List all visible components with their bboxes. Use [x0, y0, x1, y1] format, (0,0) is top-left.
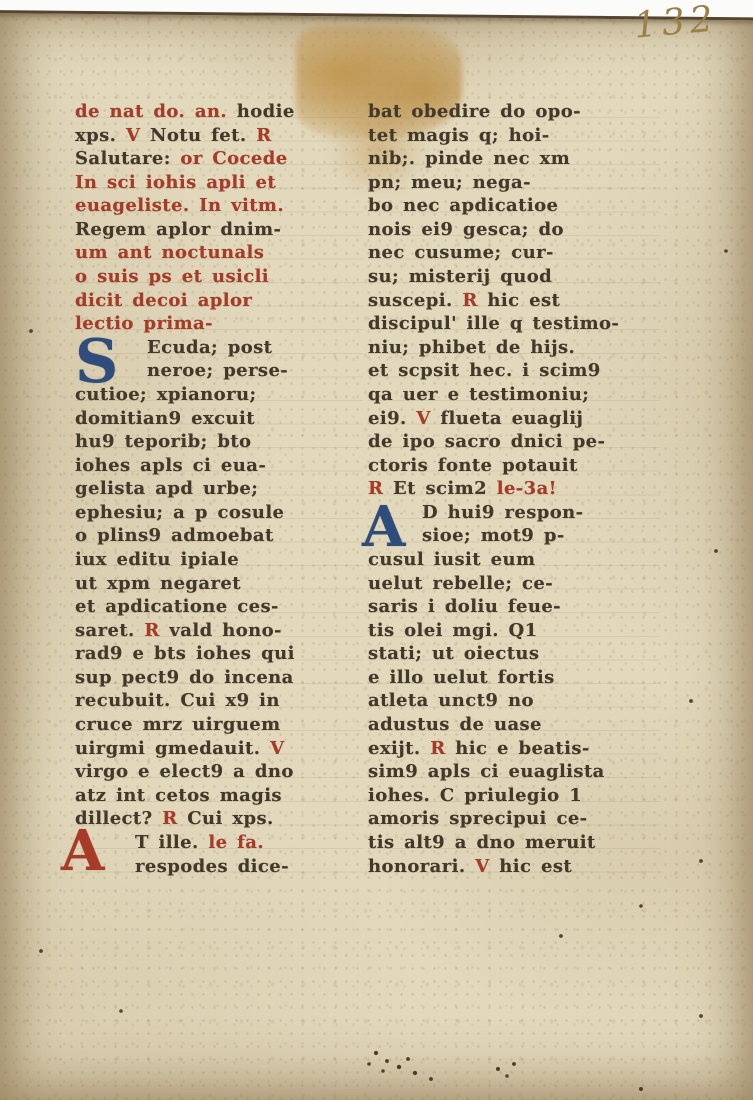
text-segment: saris i doliu feue-	[368, 596, 561, 617]
text-segment: bo nec apdicatioe	[368, 195, 558, 216]
text-line: niu; phibet de hijs.	[368, 336, 660, 360]
text-segment: cruce mrz uirguem	[75, 714, 281, 735]
text-segment: su; misterij quod	[368, 266, 552, 287]
text-line: atleta unct9 no	[368, 689, 660, 713]
text-segment: hic est	[490, 856, 573, 877]
text-segment: xps.	[75, 125, 126, 146]
text-line: ctoris fonte potauit	[368, 454, 660, 478]
text-segment: V	[475, 856, 489, 877]
text-segment: hic e beatis-	[446, 738, 590, 759]
text-line: e illo uelut fortis	[368, 666, 660, 690]
text-line: saris i doliu feue-	[368, 595, 660, 619]
text-segment: R	[144, 620, 159, 641]
text-segment: bat obedire do opo-	[368, 101, 581, 122]
text-line: stati; ut oiectus	[368, 642, 660, 666]
text-line: T ille. le fa.	[75, 831, 363, 855]
text-line: dicit decoi aplor	[75, 289, 363, 313]
text-line: sup pect9 do incena	[75, 666, 363, 690]
text-line: bo nec apdicatioe	[368, 194, 660, 218]
text-line: tis olei mgi. Q1	[368, 619, 660, 643]
text-line: iohes. C priulegio 1	[368, 784, 660, 808]
text-line: sioe; mot9 p-	[368, 524, 660, 548]
text-line: gelista apd urbe;	[75, 477, 363, 501]
text-line: D hui9 respon-	[368, 501, 660, 525]
text-segment: amoris sprecipui ce-	[368, 808, 588, 829]
text-segment: ei9.	[368, 408, 416, 429]
text-line: cruce mrz uirguem	[75, 713, 363, 737]
text-segment: de ipo sacro dnici pe-	[368, 431, 605, 452]
text-segment: Regem aplor dnim-	[75, 219, 281, 240]
text-line: sim9 apls ci euaglista	[368, 760, 660, 784]
text-segment: Ecuda; post	[147, 337, 272, 358]
text-line: suscepi. R hic est	[368, 289, 660, 313]
text-line: discipul' ille q testimo-	[368, 312, 660, 336]
text-segment: iohes. C priulegio 1	[368, 785, 582, 806]
text-segment: honorari.	[368, 856, 475, 877]
text-segment: iohes apls ci eua-	[75, 455, 266, 476]
text-segment: uirgmi gmedauit.	[75, 738, 270, 759]
text-line: bat obedire do opo-	[368, 100, 660, 124]
folio-number: 132	[632, 0, 719, 47]
text-line: iux editu ipiale	[75, 548, 363, 572]
text-line: Salutare: or Cocede	[75, 147, 363, 171]
text-line: ut xpm negaret	[75, 572, 363, 596]
text-segment: exijt.	[368, 738, 430, 759]
text-segment: Salutare:	[75, 148, 180, 169]
initial-letter: A	[61, 823, 104, 879]
text-line: su; misterij quod	[368, 265, 660, 289]
text-segment: recubuit. Cui x9 in	[75, 690, 280, 711]
text-line: et apdicatione ces-	[75, 595, 363, 619]
text-line: amoris sprecipui ce-	[368, 807, 660, 831]
text-column-left: de nat do. an. hodiexps. V Notu fet. RSa…	[75, 100, 363, 878]
text-line: pn; meu; nega-	[368, 171, 660, 195]
text-segment: de nat do. an.	[75, 101, 227, 122]
text-segment: saret.	[75, 620, 144, 641]
text-line: Regem aplor dnim-	[75, 218, 363, 242]
text-line: hu9 teporib; bto	[75, 430, 363, 454]
text-line: cusul iusit eum	[368, 548, 660, 572]
fly-specks	[0, 0, 2, 2]
text-segment: respodes dice-	[135, 856, 289, 877]
text-line: virgo e elect9 a dno	[75, 760, 363, 784]
text-segment: uelut rebelle; ce-	[368, 573, 553, 594]
text-segment: nib;. pinde nec xm	[368, 148, 570, 169]
text-segment: sioe; mot9 p-	[422, 525, 565, 546]
text-line: de ipo sacro dnici pe-	[368, 430, 660, 454]
text-segment: ctoris fonte potauit	[368, 455, 578, 476]
text-segment: um ant noctunals	[75, 242, 264, 263]
text-segment: niu; phibet de hijs.	[368, 337, 575, 358]
text-segment: ephesiu; a p cosule	[75, 502, 284, 523]
initial-letter: S	[75, 332, 118, 392]
text-line: nec cusume; cur-	[368, 241, 660, 265]
text-line: et scpsit hec. i scim9	[368, 359, 660, 383]
text-line: de nat do. an. hodie	[75, 100, 363, 124]
text-line: respodes dice-	[75, 855, 363, 879]
text-segment: R	[430, 738, 445, 759]
text-segment: virgo e elect9 a dno	[75, 761, 294, 782]
text-segment: flueta euaglij	[431, 408, 584, 429]
text-segment: D hui9 respon-	[422, 502, 584, 523]
text-segment: le fa.	[208, 832, 264, 853]
text-segment: V	[270, 738, 284, 759]
text-line: tis alt9 a dno meruit	[368, 831, 660, 855]
text-segment: suscepi.	[368, 290, 462, 311]
text-segment: V	[126, 125, 140, 146]
text-line: atz int cetos magis	[75, 784, 363, 808]
text-segment: stati; ut oiectus	[368, 643, 539, 664]
text-segment: Notu fet.	[140, 125, 256, 146]
text-line: iohes apls ci eua-	[75, 454, 363, 478]
text-segment: euageliste. In vitm.	[75, 195, 284, 216]
text-segment: qa uer e testimoniu;	[368, 384, 589, 405]
text-line: xps. V Notu fet. R	[75, 124, 363, 148]
text-line: o suis ps et usicli	[75, 265, 363, 289]
text-segment: et apdicatione ces-	[75, 596, 279, 617]
text-segment: R	[162, 808, 177, 829]
text-segment: nec cusume; cur-	[368, 242, 554, 263]
text-segment: R	[256, 125, 271, 146]
text-line: tet magis q; hoi-	[368, 124, 660, 148]
text-segment: e illo uelut fortis	[368, 667, 555, 688]
text-segment: domitian9 excuit	[75, 408, 255, 429]
text-segment: iux editu ipiale	[75, 549, 239, 570]
text-segment: atleta unct9 no	[368, 690, 534, 711]
text-segment: R	[462, 290, 477, 311]
text-segment: hic est	[478, 290, 561, 311]
text-segment: et scpsit hec. i scim9	[368, 360, 601, 381]
text-line: nois ei9 gesca; do	[368, 218, 660, 242]
text-line: ei9. V flueta euaglij	[368, 407, 660, 431]
text-segment: le-3a!	[497, 478, 557, 499]
text-segment: dicit decoi aplor	[75, 290, 252, 311]
text-line: uelut rebelle; ce-	[368, 572, 660, 596]
text-line: euageliste. In vitm.	[75, 194, 363, 218]
text-segment: nois ei9 gesca; do	[368, 219, 564, 240]
text-line: um ant noctunals	[75, 241, 363, 265]
text-segment: discipul' ille q testimo-	[368, 313, 619, 334]
text-segment: adustus de uase	[368, 714, 542, 735]
text-line: adustus de uase	[368, 713, 660, 737]
text-segment: ut xpm negaret	[75, 573, 241, 594]
text-segment: sup pect9 do incena	[75, 667, 294, 688]
text-line: In sci iohis apli et	[75, 171, 363, 195]
text-segment: atz int cetos magis	[75, 785, 282, 806]
text-segment: tis alt9 a dno meruit	[368, 832, 596, 853]
text-segment: T ille.	[135, 832, 208, 853]
text-line: dillect? R Cui xps.	[75, 807, 363, 831]
manuscript-page: 132 de nat do. an. hodiexps. V Notu fet.…	[0, 0, 753, 1100]
text-segment: or Cocede	[180, 148, 287, 169]
text-segment: gelista apd urbe;	[75, 478, 258, 499]
text-line: nib;. pinde nec xm	[368, 147, 660, 171]
text-segment: hu9 teporib; bto	[75, 431, 251, 452]
text-line: qa uer e testimoniu;	[368, 383, 660, 407]
text-line: o plins9 admoebat	[75, 524, 363, 548]
text-segment: vald hono-	[160, 620, 282, 641]
text-segment: Cui xps.	[178, 808, 274, 829]
text-segment: o suis ps et usicli	[75, 266, 269, 287]
text-line: saret. R vald hono-	[75, 619, 363, 643]
text-line: R Et scim2 le-3a!	[368, 477, 660, 501]
text-line: honorari. V hic est	[368, 855, 660, 879]
text-segment: pn; meu; nega-	[368, 172, 531, 193]
text-segment: sim9 apls ci euaglista	[368, 761, 605, 782]
text-line: domitian9 excuit	[75, 407, 363, 431]
text-line: rad9 e bts iohes qui	[75, 642, 363, 666]
text-segment: V	[416, 408, 430, 429]
initial-letter: A	[362, 499, 405, 555]
text-column-right: bat obedire do opo-tet magis q; hoi-nib;…	[368, 100, 660, 878]
text-line: exijt. R hic e beatis-	[368, 737, 660, 761]
text-segment: hodie	[227, 101, 295, 122]
text-segment: o plins9 admoebat	[75, 525, 274, 546]
text-segment: In sci iohis apli et	[75, 172, 276, 193]
text-line: recubuit. Cui x9 in	[75, 689, 363, 713]
text-line: uirgmi gmedauit. V	[75, 737, 363, 761]
text-segment: tis olei mgi. Q1	[368, 620, 538, 641]
text-segment: neroe; perse-	[147, 360, 288, 381]
text-segment: tet magis q; hoi-	[368, 125, 550, 146]
text-segment: rad9 e bts iohes qui	[75, 643, 295, 664]
text-line: ephesiu; a p cosule	[75, 501, 363, 525]
